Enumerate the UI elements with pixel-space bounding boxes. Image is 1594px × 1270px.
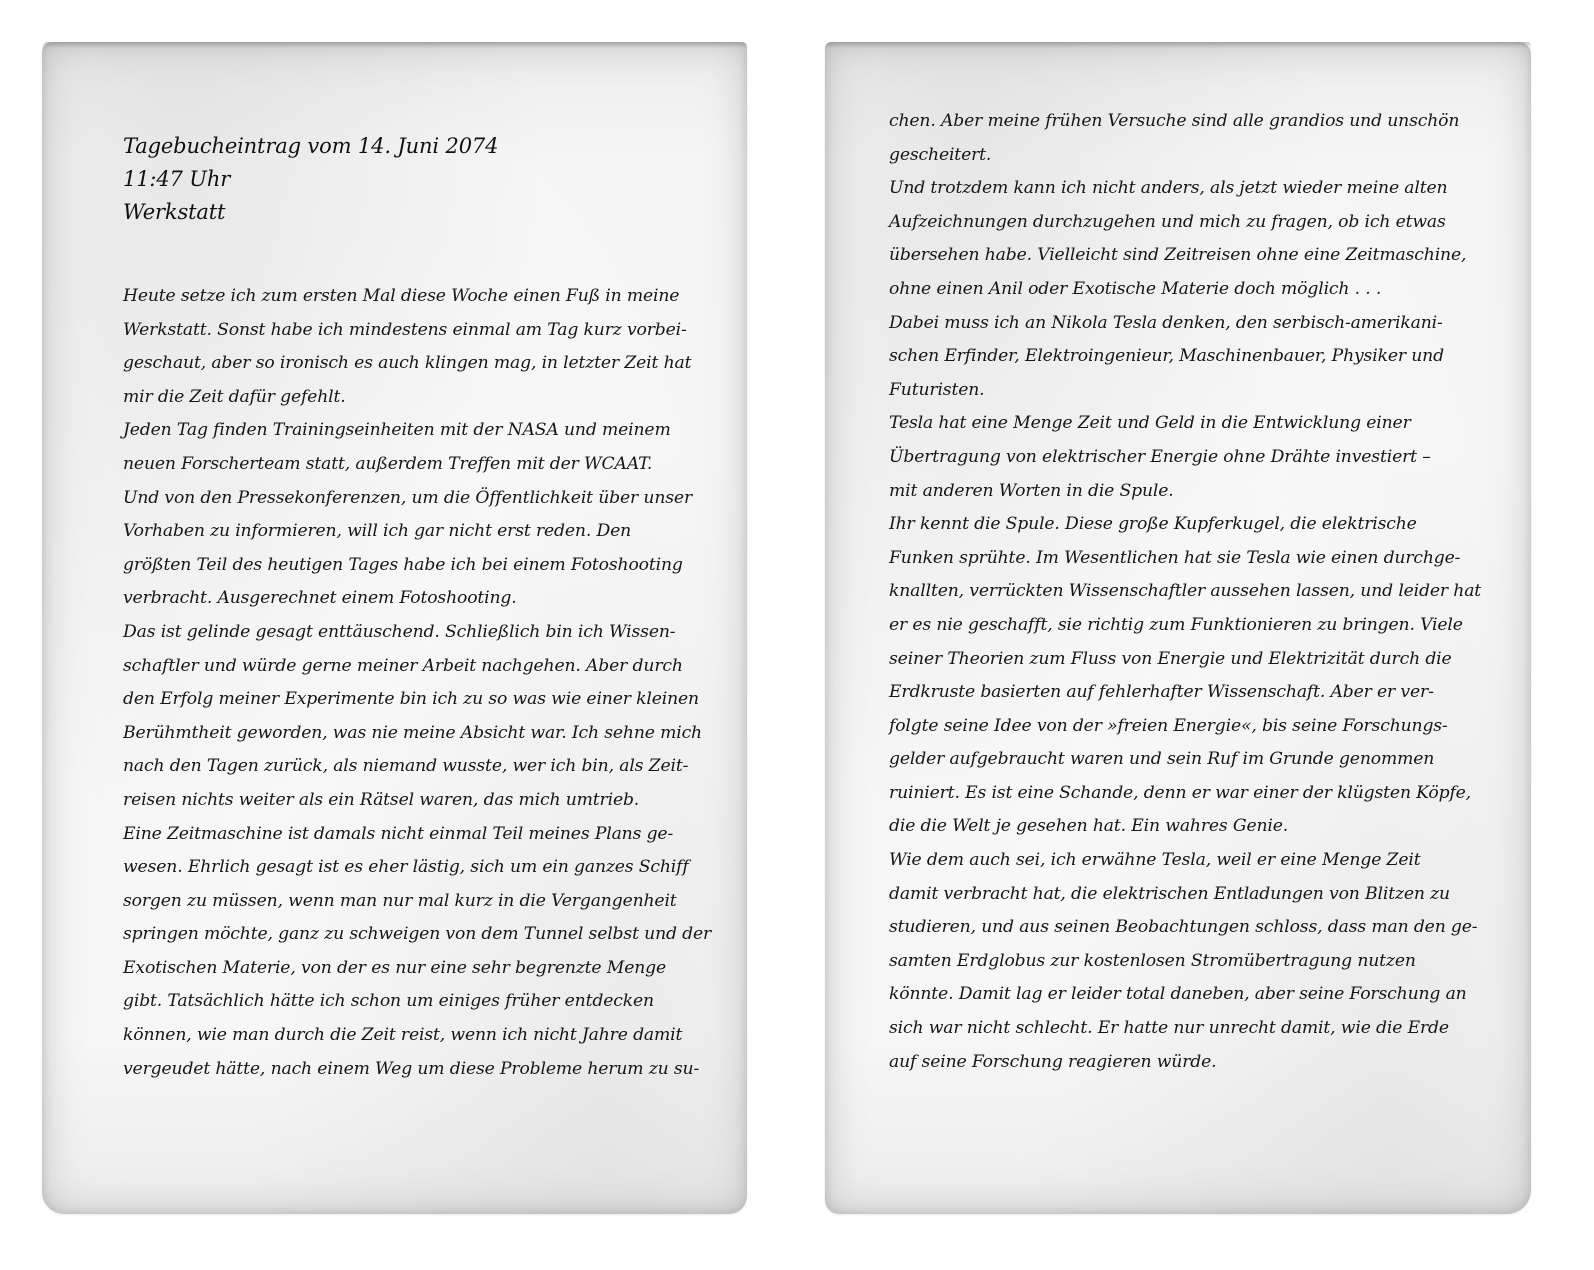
text-line: übersehen habe. Vielleicht sind Zeitreis… <box>889 239 1449 273</box>
left-page-body: Heute setze ich zum ersten Mal diese Woc… <box>123 280 683 1086</box>
text-line: knallten, verrückten Wissenschaftler aus… <box>889 575 1449 609</box>
text-line: ruiniert. Es ist eine Schande, denn er w… <box>889 777 1449 811</box>
text-line: gescheitert. <box>889 139 1449 173</box>
text-line: verbracht. Ausgerechnet einem Fotoshooti… <box>123 582 683 616</box>
text-line: gelder aufgebraucht waren und sein Ruf i… <box>889 743 1449 777</box>
text-line: mit anderen Worten in die Spule. <box>889 475 1449 509</box>
text-line: nach den Tagen zurück, als niemand wusst… <box>123 750 683 784</box>
text-line: schaftler und würde gerne meiner Arbeit … <box>123 650 683 684</box>
entry-title: Tagebucheintrag vom 14. Juni 2074 <box>123 130 683 163</box>
text-line: Aufzeichnungen durchzugehen und mich zu … <box>889 206 1449 240</box>
text-line: Und trotzdem kann ich nicht anders, als … <box>889 172 1449 206</box>
text-line: Eine Zeitmaschine ist damals nicht einma… <box>123 818 683 852</box>
text-line: schen Erfinder, Elektroingenieur, Maschi… <box>889 340 1449 374</box>
text-line: studieren, und aus seinen Beobachtungen … <box>889 911 1449 945</box>
right-page-body: chen. Aber meine frühen Versuche sind al… <box>889 105 1449 1079</box>
text-line: gibt. Tatsächlich hätte ich schon um ein… <box>123 985 683 1019</box>
text-line: mir die Zeit dafür gefehlt. <box>123 381 683 415</box>
text-line: sich war nicht schlecht. Er hatte nur un… <box>889 1012 1449 1046</box>
text-line: seiner Theorien zum Fluss von Energie un… <box>889 643 1449 677</box>
text-line: Vorhaben zu informieren, will ich gar ni… <box>123 515 683 549</box>
text-line: neuen Forscherteam statt, außerdem Treff… <box>123 448 683 482</box>
left-page-text: Tagebucheintrag vom 14. Juni 2074 11:47 … <box>123 130 683 1086</box>
entry-location: Werkstatt <box>123 196 683 229</box>
text-line: Jeden Tag finden Trainingseinheiten mit … <box>123 414 683 448</box>
diary-page-left: Tagebucheintrag vom 14. Juni 2074 11:47 … <box>42 42 747 1214</box>
text-line: könnte. Damit lag er leider total danebe… <box>889 978 1449 1012</box>
text-line: geschaut, aber so ironisch es auch kling… <box>123 347 683 381</box>
text-line: vergeudet hätte, nach einem Weg um diese… <box>123 1053 683 1087</box>
text-line: Werkstatt. Sonst habe ich mindestens ein… <box>123 314 683 348</box>
text-line: Exotischen Materie, von der es nur eine … <box>123 952 683 986</box>
text-line: auf seine Forschung reagieren würde. <box>889 1046 1449 1080</box>
text-line: Übertragung von elektrischer Energie ohn… <box>889 441 1449 475</box>
text-line: den Erfolg meiner Experimente bin ich zu… <box>123 683 683 717</box>
diary-entry-heading: Tagebucheintrag vom 14. Juni 2074 11:47 … <box>123 130 683 229</box>
text-line: er es nie geschafft, sie richtig zum Fun… <box>889 609 1449 643</box>
text-line: größten Teil des heutigen Tages habe ich… <box>123 549 683 583</box>
text-line: wesen. Ehrlich gesagt ist es eher lästig… <box>123 851 683 885</box>
text-line: Funken sprühte. Im Wesentlichen hat sie … <box>889 542 1449 576</box>
text-line: Wie dem auch sei, ich erwähne Tesla, wei… <box>889 844 1449 878</box>
text-line: Berühmtheit geworden, was nie meine Absi… <box>123 717 683 751</box>
text-line: damit verbracht hat, die elektrischen En… <box>889 878 1449 912</box>
text-line: Das ist gelinde gesagt enttäuschend. Sch… <box>123 616 683 650</box>
text-line: folgte seine Idee von der »freien Energi… <box>889 710 1449 744</box>
text-line: die die Welt je gesehen hat. Ein wahres … <box>889 810 1449 844</box>
text-line: Und von den Pressekonferenzen, um die Öf… <box>123 482 683 516</box>
text-line: Tesla hat eine Menge Zeit und Geld in di… <box>889 407 1449 441</box>
text-line: Dabei muss ich an Nikola Tesla denken, d… <box>889 307 1449 341</box>
diary-page-right: chen. Aber meine frühen Versuche sind al… <box>825 42 1531 1214</box>
text-line: Futuristen. <box>889 374 1449 408</box>
text-line: samten Erdglobus zur kostenlosen Stromüb… <box>889 945 1449 979</box>
text-line: ohne einen Anil oder Exotische Materie d… <box>889 273 1449 307</box>
entry-time: 11:47 Uhr <box>123 163 683 196</box>
text-line: reisen nichts weiter als ein Rätsel ware… <box>123 784 683 818</box>
text-line: Ihr kennt die Spule. Diese große Kupferk… <box>889 508 1449 542</box>
text-line: chen. Aber meine frühen Versuche sind al… <box>889 105 1449 139</box>
text-line: können, wie man durch die Zeit reist, we… <box>123 1019 683 1053</box>
text-line: sorgen zu müssen, wenn man nur mal kurz … <box>123 885 683 919</box>
text-line: Erdkruste basierten auf fehlerhafter Wis… <box>889 676 1449 710</box>
text-line: springen möchte, ganz zu schweigen von d… <box>123 918 683 952</box>
text-line: Heute setze ich zum ersten Mal diese Woc… <box>123 280 683 314</box>
